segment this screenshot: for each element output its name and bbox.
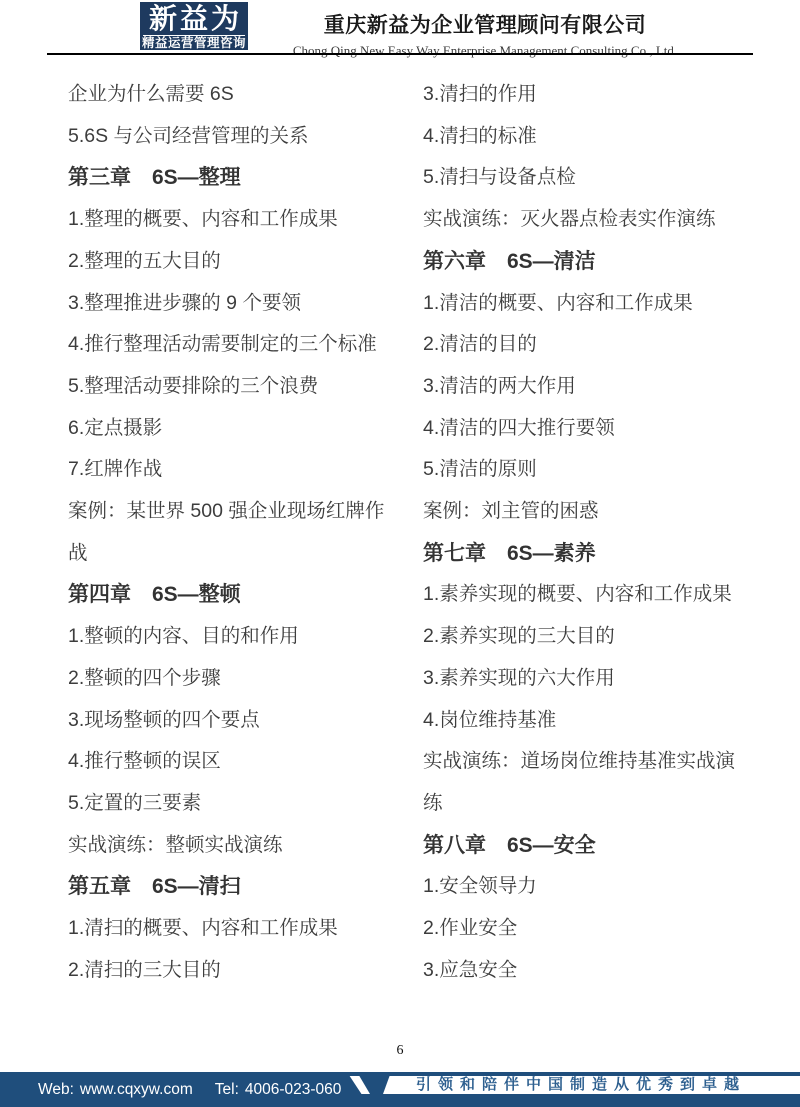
toc-item: 案例：刘主管的困惑 — [423, 491, 749, 533]
toc-item: 案例：某世界 500 强企业现场红牌作战 — [68, 491, 394, 574]
toc-item: 实战演练：道场岗位维持基准实战演练 — [423, 741, 749, 824]
toc-item: 3.应急安全 — [423, 950, 749, 992]
toc-column-right: 3.清扫的作用4.清扫的标准5.清扫与设备点检实战演练：灭火器点检表实作演练第六… — [423, 74, 749, 991]
toc-item: 1.清扫的概要、内容和工作成果 — [68, 908, 394, 950]
website-url: www.cqxyw.com — [80, 1081, 193, 1098]
toc-item: 实战演练：整顿实战演练 — [68, 825, 394, 867]
toc-item: 3.素养实现的六大作用 — [423, 658, 749, 700]
web-label: Web: — [38, 1081, 74, 1098]
header-divider-line — [47, 53, 753, 55]
toc-column-left: 企业为什么需要 6S5.6S 与公司经营管理的关系第三章 6S—整理1.整理的概… — [68, 74, 394, 991]
document-page: 新益为 精益运营管理咨询 重庆新益为企业管理顾问有限公司 Chong Qing … — [0, 0, 800, 1107]
chapter-heading: 第三章 6S—整理 — [68, 157, 394, 199]
chapter-heading: 第六章 6S—清洁 — [423, 241, 749, 283]
toc-item: 1.整顿的内容、目的和作用 — [68, 616, 394, 658]
toc-item: 企业为什么需要 6S — [68, 74, 394, 116]
toc-item: 4.清扫的标准 — [423, 116, 749, 158]
toc-item: 2.整顿的四个步骤 — [68, 658, 394, 700]
footer-ribbon: Web:www.cqxyw.comTel:4006-023-060 引领和陪伴中… — [0, 1072, 800, 1107]
toc-item: 1.素养实现的概要、内容和工作成果 — [423, 574, 749, 616]
toc-item: 5.清洁的原则 — [423, 449, 749, 491]
logo-tagline: 精益运营管理咨询 — [140, 36, 248, 50]
toc-item: 5.定置的三要素 — [68, 783, 394, 825]
chapter-heading: 第七章 6S—素养 — [423, 533, 749, 575]
toc-item: 3.清洁的两大作用 — [423, 366, 749, 408]
company-logo: 新益为 精益运营管理咨询 — [140, 2, 248, 50]
toc-item: 5.6S 与公司经营管理的关系 — [68, 116, 394, 158]
tel-label: Tel: — [215, 1081, 239, 1098]
toc-item: 6.定点摄影 — [68, 408, 394, 450]
toc-item: 1.安全领导力 — [423, 866, 749, 908]
toc-item: 5.清扫与设备点检 — [423, 157, 749, 199]
toc-item: 1.整理的概要、内容和工作成果 — [68, 199, 394, 241]
toc-item: 4.清洁的四大推行要领 — [423, 408, 749, 450]
toc-item: 5.整理活动要排除的三个浪费 — [68, 366, 394, 408]
toc-item: 4.推行整顿的误区 — [68, 741, 394, 783]
page-number: 6 — [0, 1043, 800, 1059]
toc-item: 3.清扫的作用 — [423, 74, 749, 116]
toc-item: 7.红牌作战 — [68, 449, 394, 491]
toc-item: 2.素养实现的三大目的 — [423, 616, 749, 658]
toc-item: 4.推行整理活动需要制定的三个标准 — [68, 324, 394, 366]
toc-item: 3.整理推进步骤的 9 个要领 — [68, 283, 394, 325]
tel-number: 4006-023-060 — [245, 1081, 342, 1098]
toc-item: 2.作业安全 — [423, 908, 749, 950]
toc-item: 2.整理的五大目的 — [68, 241, 394, 283]
chapter-heading: 第五章 6S—清扫 — [68, 866, 394, 908]
toc-item: 2.清洁的目的 — [423, 324, 749, 366]
toc-item: 实战演练：灭火器点检表实作演练 — [423, 199, 749, 241]
toc-item: 4.岗位维持基准 — [423, 700, 749, 742]
logo-wordmark: 新益为 — [140, 3, 248, 34]
company-name-cn: 重庆新益为企业管理顾问有限公司 — [250, 9, 720, 39]
chapter-heading: 第八章 6S—安全 — [423, 825, 749, 867]
footer-contact-bar: Web:www.cqxyw.comTel:4006-023-060 — [0, 1072, 420, 1107]
chapter-heading: 第四章 6S—整顿 — [68, 574, 394, 616]
footer-slogan: 引领和陪伴中国制造从优秀到卓越 — [416, 1075, 746, 1094]
toc-item: 3.现场整顿的四个要点 — [68, 700, 394, 742]
toc-item: 1.清洁的概要、内容和工作成果 — [423, 283, 749, 325]
toc-item: 2.清扫的三大目的 — [68, 950, 394, 992]
header-title-block: 重庆新益为企业管理顾问有限公司 Chong Qing New Easy Way … — [250, 9, 720, 59]
company-name-en: Chong Qing New Easy Way Enterprise Manag… — [250, 43, 720, 59]
